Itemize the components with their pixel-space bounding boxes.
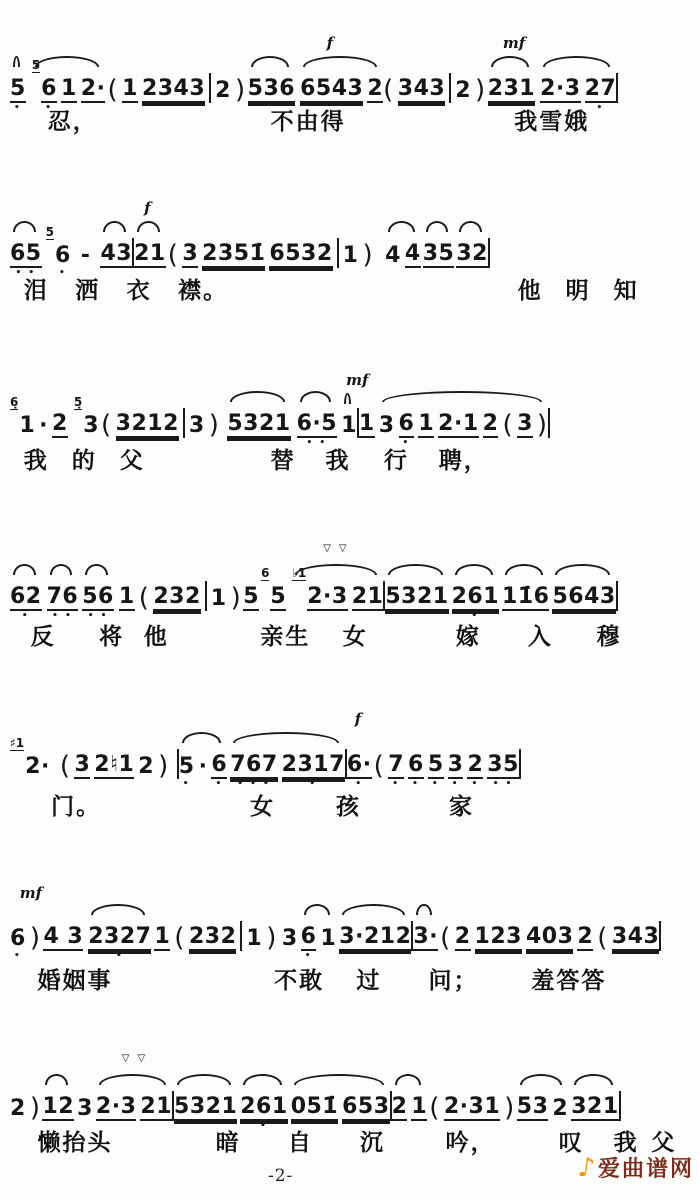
lyric-syllable: 反	[31, 618, 56, 651]
note-token: 6•	[301, 915, 317, 964]
note-token: 2•	[467, 743, 483, 792]
note-group: ·	[39, 380, 48, 451]
ornament-marks: ▽▽	[323, 543, 354, 554]
slur-group: 76• •	[47, 551, 79, 624]
lyric-syllable: 他	[518, 272, 543, 305]
note-stack: 1	[154, 915, 170, 964]
note-group: (32123)	[101, 375, 219, 451]
note-group: 6̣1	[10, 380, 35, 451]
note-stack: 2	[455, 915, 471, 964]
note-stack: 3•	[448, 743, 464, 792]
note-token: 2	[455, 915, 471, 964]
note-token: ♭12·3	[292, 575, 348, 624]
note-token: 2♮1	[94, 743, 134, 792]
note-digits: 3	[83, 413, 99, 438]
lyric-syllable: 不由得	[271, 103, 346, 136]
note-digits: 1	[320, 926, 336, 951]
note-digits: 1	[61, 76, 77, 103]
note-token: 2317•	[282, 743, 345, 792]
grace-note: 5	[46, 226, 54, 240]
note-digits: 32	[456, 241, 488, 268]
grace-note: 6	[261, 567, 269, 581]
slur-group: 261•	[452, 551, 499, 624]
lyric-syllable: 叹	[559, 1124, 584, 1157]
note-group: (32♮12)	[60, 719, 169, 792]
note-digits: 3	[182, 241, 198, 268]
note-digits: 2	[215, 78, 231, 103]
note-digits: 2	[138, 754, 154, 779]
note-digits: 5	[10, 76, 26, 103]
note-digits: 3·	[413, 924, 438, 951]
note-group: (21234032(343	[440, 891, 659, 964]
lyric-syllable: 的	[72, 442, 97, 475]
note-digits: 2	[10, 1096, 26, 1121]
slur-group: 56• •	[82, 551, 114, 624]
note-digits: 5	[179, 754, 195, 779]
slur-group: 5•·6•	[179, 719, 227, 792]
note-digits: -	[81, 243, 91, 268]
note-digits: 3	[74, 752, 90, 779]
notation-row: ♯12·(32♮12)5•·6•767• • •2317•f6·•(7•6•5•…	[10, 716, 698, 792]
lyric-syllable: 将	[99, 618, 124, 651]
lyric-syllable: 襟。	[178, 272, 228, 305]
note-token: 7•	[388, 743, 404, 792]
note-digits: )	[475, 78, 486, 103]
note-group: (32351̇65321)	[168, 205, 373, 281]
lyric-syllable: 不敢	[274, 962, 324, 995]
slur-group: mf1	[341, 380, 357, 451]
note-stack: 11̇6	[502, 575, 549, 624]
lyrics-row: 门。女孩家	[10, 788, 696, 820]
note-stack: 1	[211, 577, 227, 624]
note-token: 1	[320, 917, 336, 964]
note-digits: (	[168, 243, 179, 268]
note-digits: 231	[488, 76, 535, 103]
note-digits: 2	[467, 752, 483, 779]
note-digits: 2·	[25, 754, 50, 779]
note-token: ·	[199, 745, 208, 792]
note-token: 5•	[428, 743, 444, 792]
note-digits: 3	[517, 411, 533, 438]
note-digits: ·	[39, 413, 48, 438]
note-group: 56•	[46, 210, 71, 281]
lyric-syllable: 羞答答	[531, 962, 606, 995]
note-group: 1(2321)	[119, 548, 241, 624]
barline-mark	[209, 73, 211, 103]
note-group	[488, 205, 490, 281]
barline-mark	[619, 1091, 621, 1121]
note-stack: 3	[74, 743, 90, 792]
note-digits: 1	[411, 1094, 427, 1121]
note-digits: 3	[77, 1096, 93, 1121]
note-token: 56• •	[82, 575, 114, 624]
note-stack: ·	[199, 745, 208, 792]
note-digits: 2·3	[96, 1094, 136, 1121]
note-stack: 5•	[179, 745, 195, 792]
note-digits: 2351̇	[202, 241, 265, 268]
note-digits: 3	[282, 926, 298, 951]
note-digits: )	[537, 413, 548, 438]
note-stack: 21	[352, 575, 384, 624]
note-digits: 3212	[116, 411, 179, 438]
note-token: 1	[154, 915, 170, 964]
note-token: 5•	[179, 745, 195, 792]
note-group: 4 3	[43, 891, 83, 964]
note-digits: 2	[392, 1094, 408, 1121]
note-token: 3·212	[339, 915, 411, 964]
lyric-syllable: 婚姻事	[37, 962, 112, 995]
note-digits: 1	[359, 411, 375, 438]
slur-group: 36•12·12(3)	[379, 378, 548, 451]
note-digits: 403	[526, 924, 573, 951]
note-digits: 1	[119, 584, 135, 611]
note-stack: (	[60, 745, 71, 792]
note-digits: 4	[405, 241, 421, 268]
note-token: 65	[261, 575, 286, 624]
slur-group: 3·	[413, 891, 438, 964]
note-token: 767• • •	[230, 743, 277, 792]
dynamic-marking: mf	[503, 34, 525, 52]
note-group	[548, 375, 550, 451]
note-digits: 2	[455, 78, 471, 103]
note-digits: 343	[612, 924, 659, 951]
slur-group: ▽▽♭12·321	[292, 551, 383, 624]
note-group: 1(2321)	[154, 888, 276, 964]
note-digits: 321	[571, 1094, 618, 1121]
note-token: 1	[119, 575, 135, 624]
note-stack: 2♮1	[94, 743, 134, 792]
note-digits: 6532	[269, 241, 332, 268]
note-digits: 232	[153, 584, 200, 611]
note-stack: 3	[282, 917, 298, 964]
note-digits: 2·	[81, 76, 106, 103]
grace-note: 5	[32, 59, 40, 73]
note-stack	[616, 572, 618, 624]
barline	[240, 912, 242, 964]
note-stack: 1	[119, 575, 135, 624]
note-group	[616, 548, 618, 624]
lyrics-row: 反将他亲生女嫁入穆	[10, 618, 696, 650]
lyric-syllable: 门。	[51, 788, 101, 821]
lyric-syllable: 洒	[75, 272, 100, 305]
note-digits: 2·31	[444, 1094, 500, 1121]
note-digits: 6	[211, 752, 227, 779]
lyric-syllable: 我	[24, 442, 49, 475]
note-token: 21	[352, 575, 384, 624]
lyric-syllable: 自	[288, 1124, 313, 1157]
note-digits: 1	[19, 413, 35, 438]
note-digits: 2·3	[307, 584, 347, 611]
note-token: 2	[577, 915, 593, 964]
note-digits: 5	[270, 584, 286, 611]
note-digits: )	[362, 243, 373, 268]
page-number: -2-	[268, 1166, 293, 1186]
note-token: 3•	[448, 743, 464, 792]
note-group	[619, 1058, 621, 1134]
note-stack: 76• •	[47, 575, 79, 624]
note-digits: (	[174, 926, 185, 951]
dynamic-marking: f	[144, 199, 150, 217]
ornament-marks: ▽▽	[122, 1053, 153, 1064]
note-digits: 2	[483, 411, 499, 438]
note-digits: 767	[230, 752, 277, 779]
note-token: )	[158, 745, 169, 792]
note-digits: 62	[10, 584, 42, 611]
grace-note: 6̣	[10, 396, 18, 410]
note-digits: (	[139, 586, 150, 611]
note-group: 5	[243, 551, 259, 624]
note-digits: 232	[189, 924, 236, 951]
lyric-syllable: 知	[614, 272, 639, 305]
note-stack: (	[597, 917, 608, 964]
note-stack: 232	[153, 575, 200, 624]
note-stack: 5•	[428, 743, 444, 792]
note-digits: 1	[246, 926, 262, 951]
note-stack: 3·212	[339, 915, 411, 964]
lyric-syllable: 我雪娥	[514, 103, 589, 136]
slur-group: 35	[423, 208, 455, 281]
slur-group: 6·5• •	[297, 378, 337, 451]
note-digits: 261	[452, 584, 499, 611]
barline	[659, 912, 661, 964]
note-stack: 35• •	[487, 743, 519, 792]
note-stack	[519, 740, 521, 792]
note-digits: 35	[423, 241, 455, 268]
note-digits: 12	[42, 1094, 74, 1121]
barline	[519, 740, 521, 792]
note-digits: (	[101, 413, 112, 438]
lyric-syllable: 家	[449, 788, 474, 821]
note-stack: )	[231, 577, 242, 624]
slur-group: 62•	[10, 551, 42, 624]
note-digits: 1	[154, 924, 170, 951]
lyric-syllable: 女	[343, 618, 368, 651]
note-stack: 3·	[413, 915, 438, 964]
note-stack: 2	[577, 915, 593, 964]
note-digits: 2	[52, 411, 68, 438]
grace-note: ♭1	[292, 567, 306, 581]
note-digits: 5321	[174, 1094, 237, 1121]
note-digits: 3·212	[339, 924, 411, 951]
note-digits: 4 3	[43, 924, 83, 951]
note-stack	[240, 912, 242, 964]
lyric-syllable: 明	[566, 272, 591, 305]
note-digits: )	[30, 926, 41, 951]
dynamic-marking: mf	[20, 884, 42, 902]
slur-group: 767• • •2317•	[230, 719, 345, 792]
note-group: 5̣3	[74, 380, 99, 451]
slur-group: 5643	[552, 551, 615, 624]
note-digits: 6	[41, 76, 57, 103]
note-stack: 5321	[385, 575, 448, 624]
note-digits: 1	[418, 411, 434, 438]
note-digits: 2	[552, 1096, 568, 1121]
note-group: 65	[261, 551, 286, 624]
note-digits: 56	[82, 584, 114, 611]
note-digits: 2	[367, 76, 383, 103]
note-group: f6·•	[347, 719, 372, 792]
slur-group: 3·212	[339, 891, 411, 964]
note-token: 403	[526, 915, 573, 964]
note-token: (	[139, 577, 150, 624]
note-group: -	[81, 210, 91, 281]
note-digits: )	[209, 413, 220, 438]
note-digits: 6543	[300, 76, 363, 103]
slur-group: 32	[456, 208, 488, 281]
barline-mark	[183, 408, 185, 438]
note-token: 6•	[211, 743, 227, 792]
note-digits: 21	[352, 584, 384, 611]
note-group: 1	[359, 378, 375, 451]
note-stack	[205, 572, 207, 624]
barline-mark	[488, 238, 490, 268]
slur-group: 5321	[385, 551, 448, 624]
note-digits: (	[374, 754, 385, 779]
slur-group: f21	[134, 208, 166, 281]
note-digits: 2343	[142, 76, 205, 103]
notation-row: 62•76• •56• •1(2321)565▽▽♭12·3215321261•…	[10, 548, 698, 624]
lyric-syllable: 嫁	[456, 618, 481, 651]
note-stack: 343	[612, 915, 659, 964]
notation-row: 65• •56•-43f21(32351̇65321)443532	[10, 205, 698, 281]
note-token: 1	[246, 917, 262, 964]
note-stack: 5	[270, 575, 286, 624]
note-token: 6·•	[347, 743, 372, 792]
note-stack	[659, 912, 661, 964]
note-group: 2	[52, 378, 68, 451]
note-stack: )	[266, 917, 277, 964]
notation-row: 6̣1·25̣3(32123)53216·5• •mf1136•12·12(3)	[10, 375, 698, 451]
note-digits: 5	[428, 752, 444, 779]
slur-group: 2327•	[88, 891, 151, 964]
note-token: )	[231, 577, 242, 624]
note-stack: 6•	[10, 917, 26, 964]
note-digits: (	[383, 78, 394, 103]
note-token: 5321	[385, 575, 448, 624]
notation-row: 2)123▽▽2·3215321261•051̇65321(2·31)53232…	[10, 1058, 698, 1134]
note-digits: 3	[379, 413, 395, 438]
slur-group: 6•1	[301, 891, 337, 964]
note-token: 5643	[552, 575, 615, 624]
note-token: 3	[74, 743, 90, 792]
lyric-syllable: 吟，	[446, 1124, 496, 1157]
grace-note: ♯1	[10, 737, 24, 751]
note-token: (	[440, 917, 451, 964]
note-stack: 767• • •	[230, 743, 277, 792]
note-token: 3·	[413, 915, 438, 964]
note-digits: 5643	[552, 584, 615, 611]
note-digits: 76	[47, 584, 79, 611]
lyric-syllable: 沉	[360, 1124, 385, 1157]
note-stack: 261•	[452, 575, 499, 624]
note-digits: 2·3	[540, 76, 580, 103]
note-stack: 6·•	[347, 743, 372, 792]
note-stack: )	[30, 917, 41, 964]
note-digits: 2317	[282, 752, 345, 779]
note-stack: 2•	[467, 743, 483, 792]
note-digits: )	[158, 754, 169, 779]
note-digits: (	[502, 413, 513, 438]
note-digits: 123	[475, 924, 522, 951]
lyric-syllable: 衣	[127, 272, 152, 305]
note-token: )	[30, 917, 41, 964]
lyric-syllable: 亲生	[260, 618, 310, 651]
note-digits: 6	[55, 243, 71, 268]
note-token: 6•	[408, 743, 424, 792]
sheet-music-page: -2- ♪ 爱曲谱网 5•56•12·(123432)536f65432(343…	[0, 0, 700, 1199]
note-digits: 1	[343, 243, 359, 268]
lyric-syllable: 聘，	[439, 442, 489, 475]
slur-group: 65• •	[10, 208, 42, 281]
note-digits: (	[429, 1096, 440, 1121]
note-token: 11̇6	[502, 575, 549, 624]
lyric-syllable: 忍，	[48, 103, 98, 136]
note-stack: 2317•	[282, 743, 345, 792]
note-digits: 21	[140, 1094, 172, 1121]
note-group	[659, 888, 661, 964]
note-digits: 2	[577, 924, 593, 951]
note-digits: (	[440, 926, 451, 951]
note-stack: 2327•	[88, 915, 151, 964]
note-token: (	[60, 745, 71, 792]
note-digits: 65	[10, 241, 42, 268]
note-stack: 1	[320, 917, 336, 964]
note-group	[519, 716, 521, 792]
lyric-syllable: 替	[271, 442, 296, 475]
lyric-syllable: 穆	[597, 618, 622, 651]
note-digits: 261	[240, 1094, 287, 1121]
lyric-syllable: 懒抬头	[37, 1124, 112, 1157]
barline-mark	[659, 921, 661, 951]
lyrics-row: 我的父替我行聘，	[10, 442, 696, 474]
note-stack: 6•	[211, 743, 227, 792]
slur-group: 43	[100, 208, 132, 281]
barline-mark	[337, 238, 339, 268]
note-stack: 6•	[408, 743, 424, 792]
note-token: 3	[282, 917, 298, 964]
note-digits: 6·5	[297, 411, 337, 438]
note-stack: 7•	[388, 743, 404, 792]
note-digits: 6·	[347, 752, 372, 779]
note-stack: 62•	[10, 575, 42, 624]
note-digits: 2♮1	[94, 752, 134, 779]
note-token: ♯12·	[10, 745, 50, 792]
note-token: 123	[475, 915, 522, 964]
note-group: mf6•)	[10, 893, 40, 964]
note-token: 76• •	[47, 575, 79, 624]
barline-mark	[616, 581, 618, 611]
lyrics-row: 忍，不由得我雪娥	[10, 103, 696, 135]
note-stack: (	[174, 917, 185, 964]
lyric-syllable: 他	[144, 618, 169, 651]
note-token: 35• •	[487, 743, 519, 792]
note-stack: 403	[526, 915, 573, 964]
note-stack: 232	[189, 915, 236, 964]
barline	[616, 572, 618, 624]
note-token: 4 3	[43, 915, 83, 964]
note-digits: )	[231, 586, 242, 611]
lyric-syllable: 泪	[24, 272, 49, 305]
note-digits: 5321	[227, 411, 290, 438]
note-digits: 1	[341, 413, 357, 438]
note-stack: 2·3	[307, 575, 347, 624]
note-digits: 11̇6	[502, 584, 549, 611]
note-token: 232	[153, 575, 200, 624]
note-digits: 536	[248, 76, 295, 103]
note-digits: 3	[448, 752, 464, 779]
note-digits: 1	[211, 586, 227, 611]
note-token: 62•	[10, 575, 42, 624]
